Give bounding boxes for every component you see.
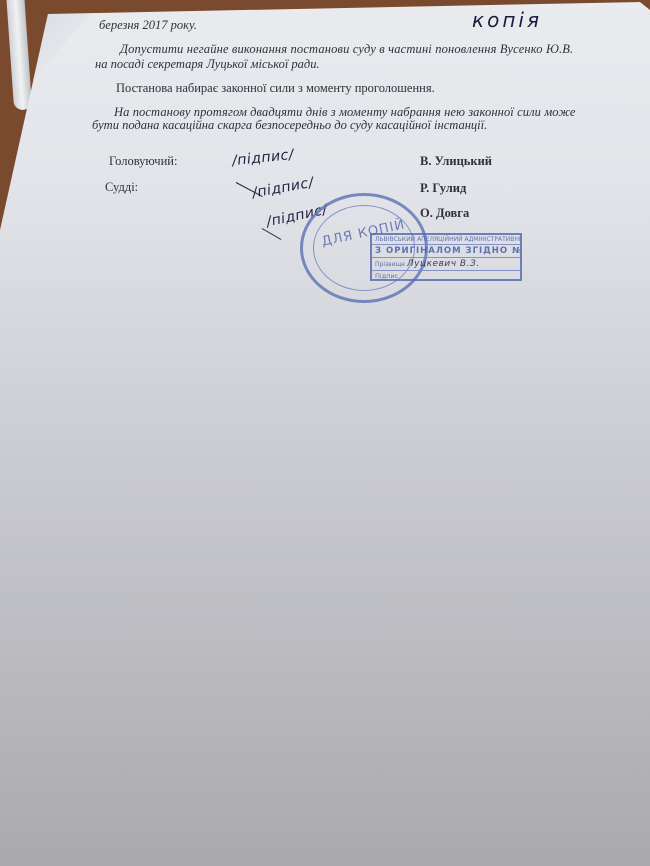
stamp-surname-label: Прізвище xyxy=(375,261,405,268)
judge-name-2: Р. Гулид xyxy=(420,181,466,196)
handwritten-copy-mark: копія xyxy=(472,8,542,32)
stamp-surname-row: Прізвище Луцкевич В.З. xyxy=(372,258,520,271)
stamp-title-text: З ОРИГІНАЛОМ ЗГІДНО xyxy=(375,246,508,256)
stamp-court-name: ЛЬВІВСЬКИЙ АПЕЛЯЦІЙНИЙ АДМІНІСТРАТИВНИЙ … xyxy=(372,235,520,245)
paragraph-3-line-2: бути подана касаційна скарга безпосередн… xyxy=(92,118,487,133)
paragraph-2: Постанова набирає законної сили з момент… xyxy=(116,81,435,96)
folded-corner xyxy=(30,14,90,84)
stamp-title: З ОРИГІНАЛОМ ЗГІДНО №2 xyxy=(372,245,520,258)
cable xyxy=(6,0,32,110)
paragraph-1-line-2: на посаді секретаря Луцької міської ради… xyxy=(95,57,320,72)
certification-stamp: ЛЬВІВСЬКИЙ АПЕЛЯЦІЙНИЙ АДМІНІСТРАТИВНИЙ … xyxy=(370,233,522,281)
stamp-number: №2 xyxy=(512,246,520,256)
paragraph-1-line-1: Допустити негайне виконання постанови су… xyxy=(120,42,573,57)
signature-2: /підпис/ xyxy=(251,175,315,202)
judge-name-1: В. Улицький xyxy=(420,154,492,169)
signature-stroke xyxy=(262,228,282,240)
judge-name-3: О. Довга xyxy=(420,206,469,221)
date-fragment: березня 2017 року. xyxy=(99,18,197,33)
signature-1: /підпис/ xyxy=(231,147,294,169)
stamp-surname-value: Луцкевич В.З. xyxy=(407,259,480,269)
stamp-signature-label: Підпис xyxy=(372,271,520,281)
judges-label: Судді: xyxy=(105,180,138,195)
document-page: копія березня 2017 року. Допустити негай… xyxy=(0,0,650,866)
presiding-judge-label: Головуючий: xyxy=(109,154,177,169)
